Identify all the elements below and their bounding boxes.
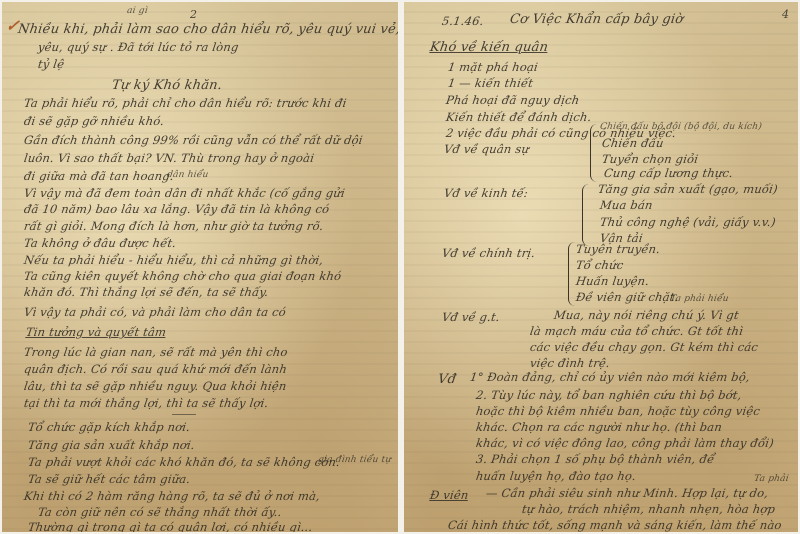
handwritten-line: Ta sẽ giữ hết các tâm giữa. (27, 472, 191, 486)
handwritten-line: Cái hình thức tốt, sống mạnh và sáng kiế… (447, 518, 783, 532)
handwritten-line: Phá hoại đã nguy dịch (445, 93, 580, 107)
handwritten-line: Khó về kiến quân (429, 40, 549, 55)
handwritten-line: Vđ về kinh tế: (443, 186, 529, 200)
handwritten-line: Vđ về g.t. (441, 310, 501, 324)
handwritten-line: 2. Tùy lúc này, tổ ban nghiên cứu thì bộ… (475, 388, 743, 402)
handwritten-line: Tuyển chọn giỏi (601, 152, 699, 166)
handwritten-line: khăn đó. Thì thắng lợi sẽ đến, ta sẽ thấ… (23, 285, 269, 299)
handwritten-line: Ta cũng kiên quyết không chờ cho qua gia… (23, 269, 342, 283)
handwritten-line: Vđ (437, 372, 457, 387)
handwritten-line: Trong lúc là gian nan, sẽ rất mà yên thì… (23, 345, 289, 359)
handwritten-line: Tin tưởng và quyết tâm (25, 325, 167, 339)
handwritten-line: Chiến đấu bộ đội (bộ đội, du kích) (599, 122, 762, 132)
handwritten-line: quân địch. Có rồi sau quá khứ mới đến là… (23, 362, 288, 376)
handwritten-line: 3. Phải chọn 1 số phụ bộ thành viên, để (475, 452, 715, 466)
handwritten-line: dân hiểu (166, 170, 209, 180)
handwritten-line: Mua bán (599, 198, 654, 212)
handwritten-line: các việc đều chạy gọn. Gt kém thì các (529, 340, 759, 354)
handwritten-line: Đ viên (429, 488, 469, 502)
handwritten-line: Tổ chức (575, 258, 624, 272)
handwritten-line: Khi thì có 2 hàm răng hàng rõ, ta sẽ đủ … (23, 489, 321, 503)
handwritten-line: hoặc thì bộ kiêm nhiều ban, hoặc tùy côn… (475, 404, 761, 418)
handwritten-line: Ta phải vượt khỏi các khó khăn đó, ta sẽ… (27, 455, 341, 469)
handwritten-line: Cung cấp lương thực. (603, 166, 734, 180)
handwritten-line: Kiến thiết để đánh dịch. (445, 110, 593, 124)
handwritten-line: gia đình tiểu tự (317, 455, 392, 465)
handwritten-line: Vđ về quân sự (443, 142, 530, 156)
handwritten-line: khác. Chọn ra các người như họ. (thì ban (475, 420, 723, 434)
handwritten-line: Vđ về chính trị. (441, 246, 536, 260)
handwritten-line: Gần đích thành công 99% rồi cũng vẫn có … (23, 133, 364, 147)
handwritten-line: đã 10 năm) bao lâu xa lắng. Vậy đã tin l… (23, 202, 330, 216)
handwritten-line: Nhiều khi, phải làm sao cho dân hiểu rõ,… (17, 22, 398, 37)
handwritten-line: Vì vậy mà đã đem toàn dân đi nhất khắc (… (23, 186, 346, 200)
political-brace-icon (568, 242, 575, 306)
handwritten-line: việc đình trệ. (529, 356, 611, 370)
military-brace-icon (590, 124, 597, 182)
handwritten-line: Ta còn giữ nên có sẽ thắng nhất thời ấy.… (37, 505, 283, 519)
handwritten-line: 1° Đoàn đảng, chỉ có ủy viên nào mới kiê… (469, 370, 751, 384)
divider-stroke (172, 414, 196, 415)
handwritten-line: — Cần phải siêu sinh như Minh. Hợp lại, … (485, 486, 769, 500)
handwritten-line: Ta phải (753, 474, 789, 484)
handwritten-line: Tăng gia sản xuất (gạo, muối) (597, 182, 779, 196)
handwritten-line: 1 mặt phá hoại (447, 60, 539, 74)
handwritten-line: Ta phải hiểu rõ, phải chỉ cho dân hiểu r… (23, 96, 347, 110)
handwritten-line: Ta không ở đâu được hết. (23, 236, 177, 250)
handwritten-line: Ta phải hiểu (669, 294, 729, 304)
handwritten-line: tự hào, trách nhiệm, nhanh nhẹn, hòa hợp (521, 502, 776, 516)
page-number: 2 (190, 8, 197, 21)
handwritten-line: Thủ công nghệ (vải, giấy v.v.) (599, 215, 777, 229)
handwritten-line: Mua, này nói riêng chú ý. Vì gt (553, 308, 740, 322)
handwritten-line: Vì vậy ta phải có, và phải làm cho dân t… (23, 305, 287, 319)
handwritten-line: 5.1.46. (441, 14, 485, 28)
handwritten-line: Tăng gia sản xuất khắp nơi. (27, 438, 196, 452)
handwritten-line: Tự ký Khó khăn. (111, 78, 223, 93)
handwritten-line: lâu, thì ta sẽ gặp nhiều nguy. Qua khỏi … (23, 379, 287, 393)
handwritten-line: Nếu ta phải hiểu - hiểu hiểu, thì cả nhữ… (23, 253, 324, 267)
handwritten-line: Cơ Việc Khẩn cấp bây giờ (509, 12, 684, 27)
handwritten-line: Chiến đấu (601, 136, 665, 150)
handwritten-line: Tổ chức gặp kích khắp nơi. (27, 420, 191, 434)
handwritten-line: 1 — kiến thiết (447, 76, 534, 90)
economic-brace-icon (582, 184, 589, 246)
handwritten-line: Thường gì trong gì ta có quân lợi, có nh… (27, 520, 314, 532)
handwritten-line: là mạch máu của tổ chức. Gt tốt thì (529, 324, 744, 338)
handwritten-line: Huấn luyện. (575, 274, 650, 288)
handwritten-line: đi giữa mà đã tan hoang. (23, 169, 175, 183)
handwritten-line: luôn. Vì sao thất bại? VN. Thù trong hay… (23, 151, 315, 165)
handwritten-line: tỷ lệ (37, 57, 65, 71)
handwritten-line: yêu, quý sự . Đã tới lúc tỏ ra lòng (37, 40, 240, 54)
handwritten-line: ai gì (126, 6, 148, 16)
handwritten-line: huấn luyện họ, đào tạo họ. (475, 469, 637, 483)
handwritten-line: đi sẽ gặp gỡ nhiều khó. (23, 114, 165, 128)
handwritten-line: tại thì ta mới thắng lợi, thì ta sẽ thấy… (23, 396, 269, 410)
handwritten-line: Đề viên giữ chặt. (575, 290, 680, 304)
page-number: 4 (782, 8, 789, 21)
manuscript-page-right: 4 5.1.46.Cơ Việc Khẩn cấp bây giờKhó về … (404, 2, 798, 532)
handwritten-line: khác, vì có việc đông lao, công phải làm… (475, 436, 775, 450)
manuscript-page-left: ✓ 2 Nhiều khi, phải làm sao cho dân hiểu… (2, 2, 398, 532)
handwritten-line: rất gì giỏi. Mong đích là hơn, như giờ t… (23, 219, 324, 233)
